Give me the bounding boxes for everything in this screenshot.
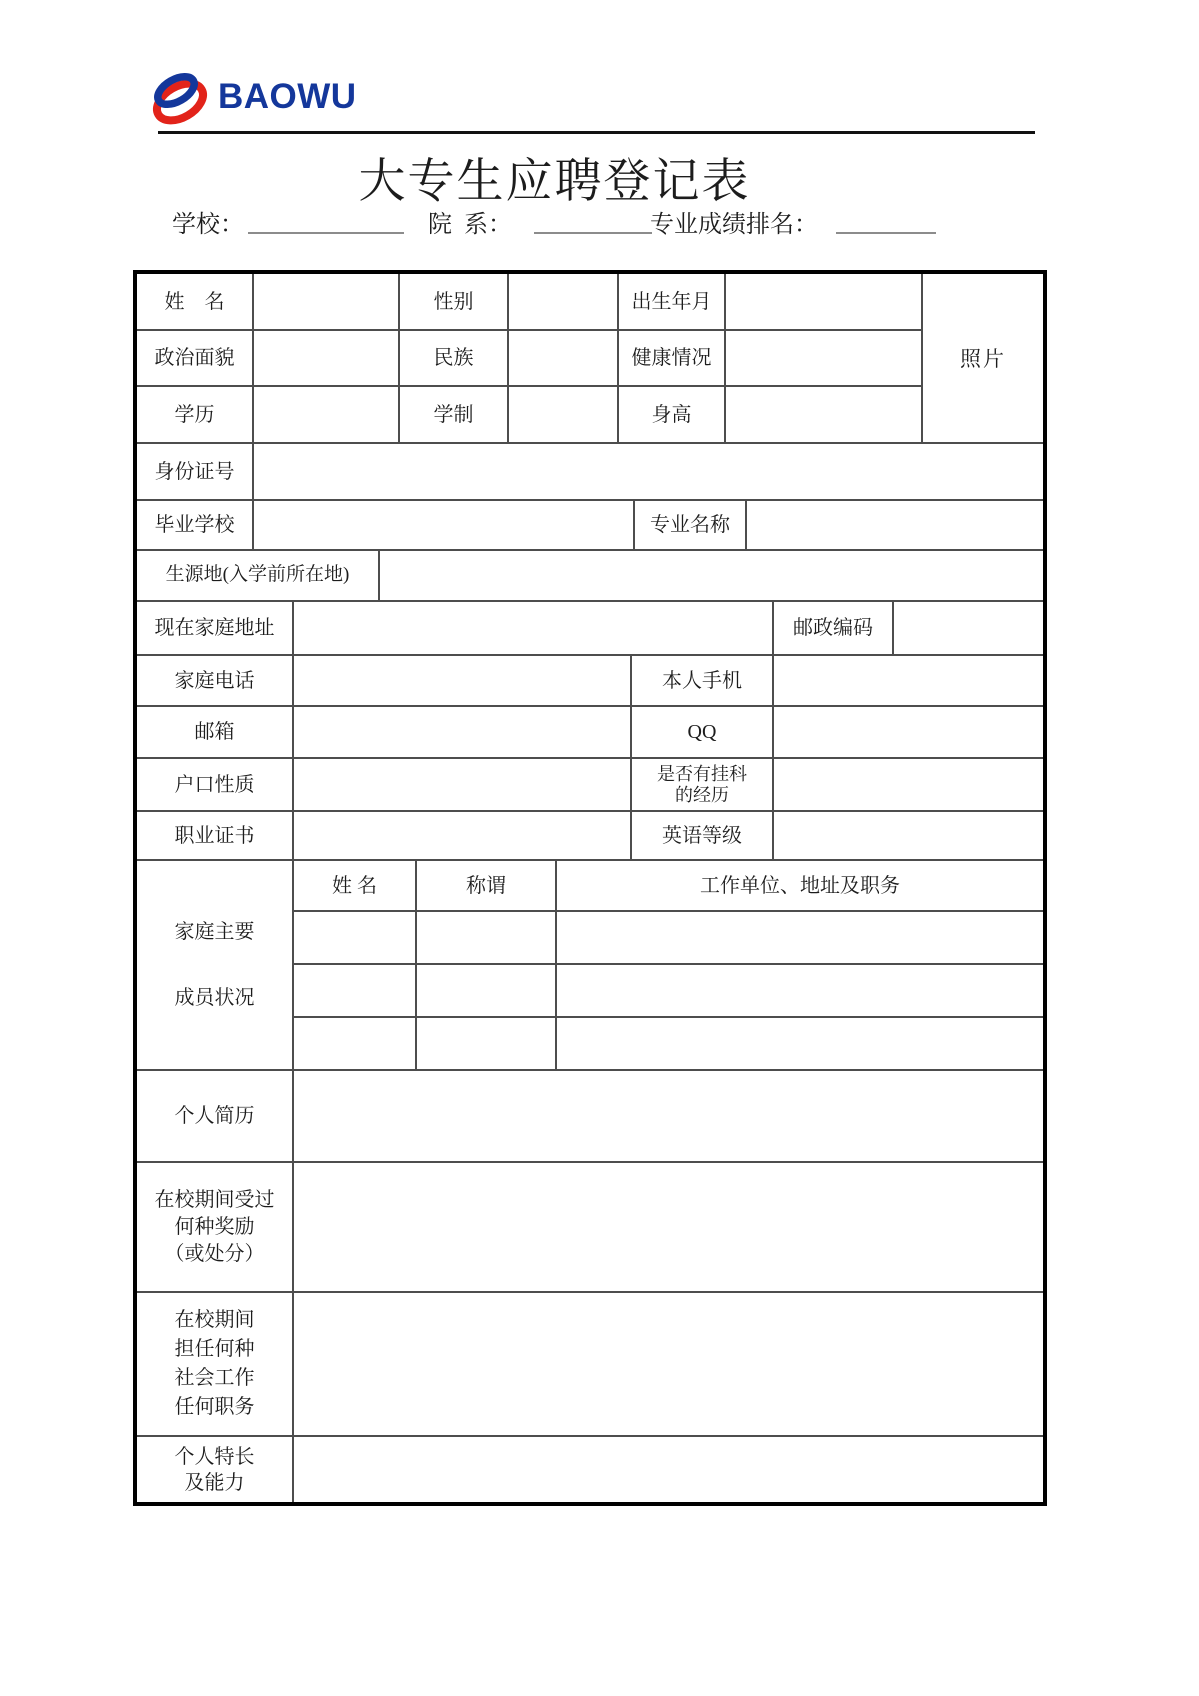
hukou-label-cell: 户口性质	[137, 759, 294, 810]
row-id-number: 身份证号	[137, 444, 1043, 501]
mobile-label-cell: 本人手机	[632, 656, 774, 705]
graduate-school-label-cell: 毕业学校	[137, 501, 254, 549]
family-work-cell	[557, 965, 1043, 1016]
department-label: 院 系：	[428, 204, 512, 239]
name-label-cell: 姓 名	[137, 274, 254, 329]
family-section: 家庭主要 成员状况 姓 名 称谓 工作单位、地址及职务	[137, 861, 1043, 1071]
ethnic-value-cell	[509, 331, 619, 385]
certificates-value-cell	[294, 812, 632, 859]
id-number-value-cell	[254, 444, 1043, 499]
failed-courses-value-cell	[774, 759, 1043, 810]
certificates-label-cell: 职业证书	[137, 812, 294, 859]
row-hukou: 户口性质 是否有挂科 的经历	[137, 759, 1043, 812]
origin-label-cell: 生源地(入学前所在地)	[137, 551, 380, 600]
top-section: 姓 名 性别 出生年月 政治面貌 民族 健康情况 学历	[137, 274, 1043, 444]
form-title: 大专生应聘登记表	[0, 144, 1154, 211]
family-grid: 姓 名 称谓 工作单位、地址及职务	[294, 861, 1043, 1069]
resume-value-cell	[294, 1071, 1043, 1161]
family-row-3	[294, 1018, 1043, 1069]
home-address-label-cell: 现在家庭地址	[137, 602, 294, 654]
family-work-cell	[557, 1018, 1043, 1069]
family-name-cell	[294, 912, 417, 963]
row-education: 学历 学制 身高	[137, 387, 921, 442]
failed-courses-label-cell: 是否有挂科 的经历	[632, 759, 774, 810]
rank-label: 专业成绩排名：	[650, 204, 818, 239]
row-awards: 在校期间受过 何种奖励 （或处分）	[137, 1163, 1043, 1293]
row-home-phone: 家庭电话 本人手机	[137, 656, 1043, 707]
registration-table: 姓 名 性别 出生年月 政治面貌 民族 健康情况 学历	[133, 270, 1047, 1506]
birth-value-cell	[726, 274, 921, 329]
health-label-cell: 健康情况	[619, 331, 726, 385]
family-header-row: 姓 名 称谓 工作单位、地址及职务	[294, 861, 1043, 912]
social-work-value-cell	[294, 1293, 1043, 1435]
english-level-label-cell: 英语等级	[632, 812, 774, 859]
baowu-logo-text: BAOWU	[218, 77, 357, 117]
row-email: 邮箱 QQ	[137, 707, 1043, 759]
postal-code-value-cell	[894, 602, 1043, 654]
email-value-cell	[294, 707, 632, 757]
department-blank-line	[534, 232, 652, 234]
english-level-value-cell	[774, 812, 1043, 859]
education-label-cell: 学历	[137, 387, 254, 442]
id-number-label-cell: 身份证号	[137, 444, 254, 499]
gender-value-cell	[509, 274, 619, 329]
ethnic-label-cell: 民族	[400, 331, 509, 385]
postal-code-label-cell: 邮政编码	[774, 602, 894, 654]
family-relation-cell	[417, 965, 557, 1016]
awards-value-cell	[294, 1163, 1043, 1291]
row-resume: 个人简历	[137, 1071, 1043, 1163]
height-label-cell: 身高	[619, 387, 726, 442]
political-value-cell	[254, 331, 400, 385]
home-phone-value-cell	[294, 656, 632, 705]
gender-label-cell: 性别	[400, 274, 509, 329]
origin-value-cell	[380, 551, 1043, 600]
home-address-value-cell	[294, 602, 774, 654]
school-label: 学校：	[172, 204, 244, 239]
graduate-school-value-cell	[254, 501, 635, 549]
document-page: BAOWU 大专生应聘登记表 学校： 院 系： 专业成绩排名： 姓 名 性别 出…	[0, 0, 1199, 1696]
mobile-value-cell	[774, 656, 1043, 705]
hukou-value-cell	[294, 759, 632, 810]
height-value-cell	[726, 387, 921, 442]
row-social-work: 在校期间 担任何种 社会工作 任何职务	[137, 1293, 1043, 1437]
awards-label-cell: 在校期间受过 何种奖励 （或处分）	[137, 1163, 294, 1291]
photo-cell: 照片	[921, 274, 1043, 442]
major-label-cell: 专业名称	[635, 501, 747, 549]
family-row-2	[294, 965, 1043, 1018]
row-specialty: 个人特长 及能力	[137, 1437, 1043, 1502]
schooling-label-cell: 学制	[400, 387, 509, 442]
family-relation-cell	[417, 1018, 557, 1069]
family-work-header-cell: 工作单位、地址及职务	[557, 861, 1043, 910]
family-name-header-cell: 姓 名	[294, 861, 417, 910]
row-home-address: 现在家庭地址 邮政编码	[137, 602, 1043, 656]
baowu-logo: BAOWU	[148, 74, 357, 122]
row-graduate-school: 毕业学校 专业名称	[137, 501, 1043, 551]
baowu-logo-icon	[148, 74, 210, 122]
specialty-label-cell: 个人特长 及能力	[137, 1437, 294, 1502]
school-blank-line	[248, 232, 404, 234]
row-origin: 生源地(入学前所在地)	[137, 551, 1043, 602]
family-row-1	[294, 912, 1043, 965]
row-political: 政治面貌 民族 健康情况	[137, 331, 921, 387]
specialty-value-cell	[294, 1437, 1043, 1502]
qq-value-cell	[774, 707, 1043, 757]
qq-label-cell: QQ	[632, 707, 774, 757]
family-relation-cell	[417, 912, 557, 963]
birth-label-cell: 出生年月	[619, 274, 726, 329]
home-phone-label-cell: 家庭电话	[137, 656, 294, 705]
family-name-cell	[294, 1018, 417, 1069]
top-left-grid: 姓 名 性别 出生年月 政治面貌 民族 健康情况 学历	[137, 274, 921, 442]
resume-label-cell: 个人简历	[137, 1071, 294, 1161]
row-certificates: 职业证书 英语等级	[137, 812, 1043, 861]
political-label-cell: 政治面貌	[137, 331, 254, 385]
email-label-cell: 邮箱	[137, 707, 294, 757]
name-value-cell	[254, 274, 400, 329]
rank-blank-line	[836, 232, 936, 234]
family-label-cell: 家庭主要 成员状况	[137, 861, 294, 1069]
health-value-cell	[726, 331, 921, 385]
row-name: 姓 名 性别 出生年月	[137, 274, 921, 331]
family-work-cell	[557, 912, 1043, 963]
family-name-cell	[294, 965, 417, 1016]
schooling-value-cell	[509, 387, 619, 442]
family-relation-header-cell: 称谓	[417, 861, 557, 910]
header-rule	[158, 131, 1035, 134]
social-work-label-cell: 在校期间 担任何种 社会工作 任何职务	[137, 1293, 294, 1435]
education-value-cell	[254, 387, 400, 442]
major-value-cell	[747, 501, 1043, 549]
